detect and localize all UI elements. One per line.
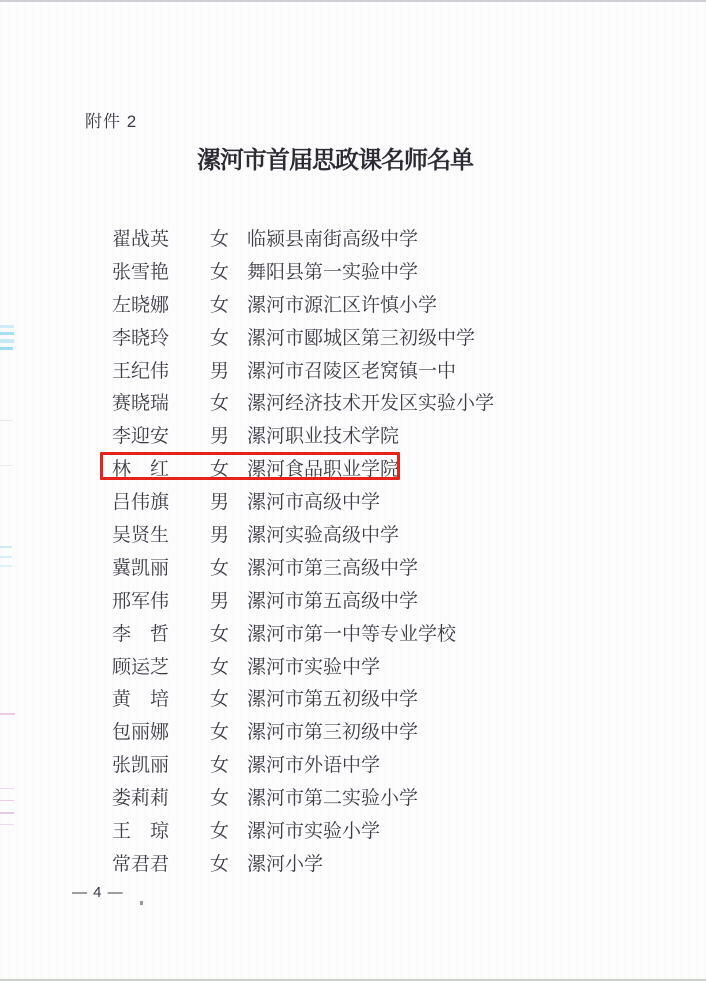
table-row: 赛晓瑞女漯河经济技术开发区实验小学 <box>112 385 532 418</box>
gender-value: 男 <box>210 356 229 383</box>
teacher-name: 邢军伟 <box>112 586 169 613</box>
school-name: 漯河经济技术开发区实验小学 <box>247 388 494 415</box>
gender-value: 女 <box>210 290 229 317</box>
school-name: 漯河市实验中学 <box>247 652 380 679</box>
teacher-name: 娄莉莉 <box>112 783 169 810</box>
table-row: 邢军伟男漯河市第五高级中学 <box>112 583 532 616</box>
page-number: — 4 — <box>72 884 124 901</box>
school-name: 漯河市实验小学 <box>247 816 380 843</box>
scan-artifact <box>0 332 14 335</box>
teacher-name: 常君君 <box>112 849 169 876</box>
scanned-document-page: 附件 2 漯河市首届思政课名师名单 翟战英女临颍县南街高级中学张雪艳女舞阳县第一… <box>0 0 706 981</box>
table-row: 王琼女漯河市实验小学 <box>112 813 532 846</box>
attachment-label: 附件 2 <box>85 107 137 132</box>
school-name: 漯河市第五初级中学 <box>247 684 418 711</box>
school-name: 漯河小学 <box>247 849 323 876</box>
gender-value: 女 <box>210 652 229 679</box>
table-row: 娄莉莉女漯河市第二实验小学 <box>112 780 532 813</box>
scan-artifact <box>0 800 14 801</box>
table-row: 李哲女漯河市第一中等专业学校 <box>112 616 532 649</box>
teacher-name: 包丽娜 <box>112 717 169 744</box>
school-name: 漯河职业技术学院 <box>247 421 399 448</box>
school-name: 漯河市第一中等专业学校 <box>247 619 456 646</box>
scan-artifact <box>0 420 13 421</box>
teacher-name: 吴贤生 <box>112 520 169 547</box>
table-row: 冀凯丽女漯河市第三高级中学 <box>112 550 532 583</box>
school-name: 漯河市第二实验小学 <box>247 783 418 810</box>
gender-value: 女 <box>210 684 229 711</box>
gender-value: 男 <box>210 421 229 448</box>
teacher-name: 左晓娜 <box>112 290 169 317</box>
gender-value: 女 <box>210 619 229 646</box>
page-title: 漯河市首届思政课名师名单 <box>197 140 473 175</box>
scan-artifact <box>0 824 14 825</box>
scan-artifact <box>0 339 14 343</box>
gender-value: 女 <box>210 224 229 251</box>
scan-artifact <box>0 788 14 789</box>
scan-artifact <box>0 325 14 328</box>
gender-value: 女 <box>210 717 229 744</box>
table-row: 左晓娜女漯河市源汇区许慎小学 <box>112 287 532 320</box>
gender-value: 女 <box>210 454 229 481</box>
teacher-name: 翟战英 <box>112 224 169 251</box>
school-name: 漯河市第三初级中学 <box>247 717 418 744</box>
teacher-name: 冀凯丽 <box>112 553 169 580</box>
teacher-roster-list: 翟战英女临颍县南街高级中学张雪艳女舞阳县第一实验中学左晓娜女漯河市源汇区许慎小学… <box>112 221 532 879</box>
table-row: 顾运芝女漯河市实验中学 <box>112 649 532 682</box>
school-name: 漯河实验高级中学 <box>247 520 399 547</box>
teacher-name: 吕伟旗 <box>112 487 169 514</box>
teacher-name: 顾运芝 <box>112 652 169 679</box>
table-row: 吕伟旗男漯河市高级中学 <box>112 484 532 517</box>
teacher-name: 李哲 <box>112 619 169 646</box>
scan-artifact <box>0 713 15 715</box>
gender-value: 男 <box>210 586 229 613</box>
gender-value: 女 <box>210 816 229 843</box>
scan-artifact <box>0 556 12 558</box>
school-name: 漯河市召陵区老窝镇一中 <box>247 356 456 383</box>
school-name: 漯河市郾城区第三初级中学 <box>247 323 475 350</box>
teacher-name: 李迎安 <box>112 421 169 448</box>
table-row: 常君君女漯河小学 <box>112 846 532 879</box>
school-name: 漯河市源汇区许慎小学 <box>247 290 437 317</box>
table-row: 王纪伟男漯河市召陵区老窝镇一中 <box>112 353 532 386</box>
gender-value: 男 <box>210 487 229 514</box>
teacher-name: 李晓玲 <box>112 323 169 350</box>
gender-value: 女 <box>210 783 229 810</box>
scan-artifact <box>0 347 13 350</box>
table-row: 李晓玲女漯河市郾城区第三初级中学 <box>112 320 532 353</box>
school-name: 漯河市高级中学 <box>247 487 380 514</box>
school-name: 漯河市第三高级中学 <box>247 553 418 580</box>
scan-artifact <box>0 546 12 548</box>
scan-artifact <box>0 465 13 466</box>
gender-value: 女 <box>210 849 229 876</box>
school-name: 漯河市第五高级中学 <box>247 586 418 613</box>
gender-value: 女 <box>210 388 229 415</box>
school-name: 临颍县南街高级中学 <box>247 224 418 251</box>
teacher-name: 黄培 <box>112 684 169 711</box>
table-row: 张凯丽女漯河市外语中学 <box>112 747 532 780</box>
school-name: 漯河食品职业学院 <box>247 454 399 481</box>
table-row-highlighted: 林红女漯河食品职业学院 <box>112 451 532 484</box>
teacher-name: 张雪艳 <box>112 257 169 284</box>
scan-artifact <box>0 812 14 814</box>
table-row: 黄培女漯河市第五初级中学 <box>112 681 532 714</box>
gender-value: 女 <box>210 553 229 580</box>
scan-artifact <box>140 901 143 905</box>
table-row: 吴贤生男漯河实验高级中学 <box>112 517 532 550</box>
table-row: 李迎安男漯河职业技术学院 <box>112 418 532 451</box>
school-name: 漯河市外语中学 <box>247 750 380 777</box>
teacher-name: 王纪伟 <box>112 356 169 383</box>
teacher-name: 张凯丽 <box>112 750 169 777</box>
teacher-name: 林红 <box>112 454 169 481</box>
gender-value: 女 <box>210 323 229 350</box>
gender-value: 女 <box>210 750 229 777</box>
teacher-name: 王琼 <box>112 816 169 843</box>
school-name: 舞阳县第一实验中学 <box>247 257 418 284</box>
scan-artifact <box>0 565 12 567</box>
gender-value: 女 <box>210 257 229 284</box>
table-row: 包丽娜女漯河市第三初级中学 <box>112 714 532 747</box>
table-row: 张雪艳女舞阳县第一实验中学 <box>112 254 532 287</box>
gender-value: 男 <box>210 520 229 547</box>
scan-artifact <box>0 0 706 2</box>
table-row: 翟战英女临颍县南街高级中学 <box>112 221 532 254</box>
teacher-name: 赛晓瑞 <box>112 388 169 415</box>
